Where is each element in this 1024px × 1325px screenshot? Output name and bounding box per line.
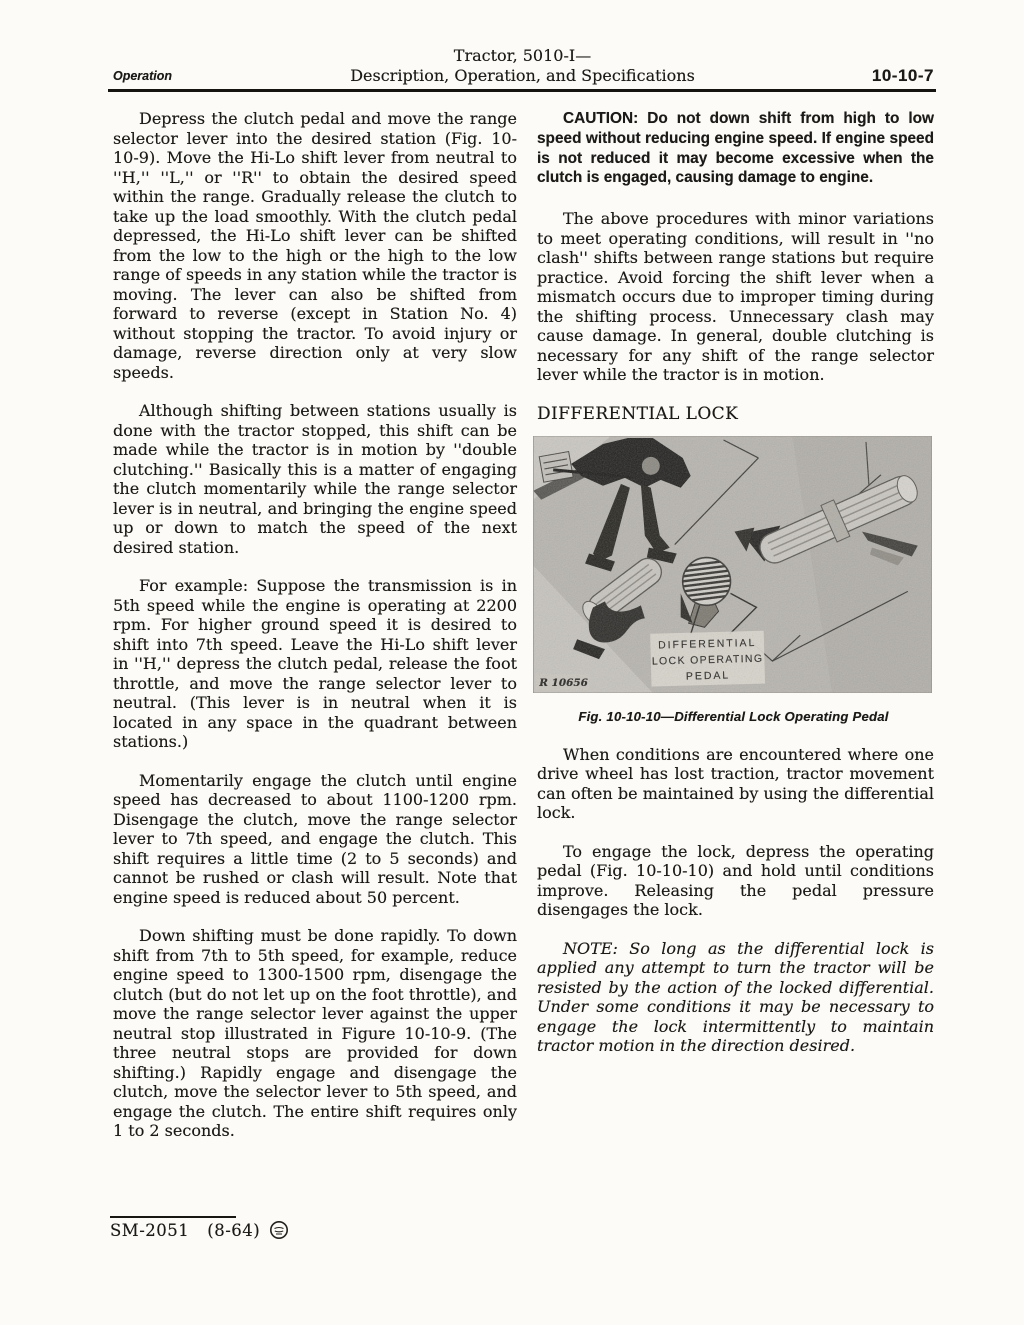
document-code: SM-2051: [110, 1221, 189, 1240]
note-paragraph: NOTE: So long as the differential lock i…: [537, 939, 934, 1056]
figure-caption: Fig. 10-10-10—Differential Lock Operatin…: [533, 709, 934, 724]
header-title: Tractor, 5010-I— Description, Operation,…: [110, 46, 935, 86]
page-footer: SM-2051 (8-64): [110, 1216, 290, 1241]
manual-page: Tractor, 5010-I— Description, Operation,…: [0, 0, 1024, 1325]
paragraph-shifting-procedure: Depress the clutch pedal and move the ra…: [113, 109, 517, 382]
paragraph-conditions: When conditions are encountered where on…: [537, 745, 934, 823]
right-column: CAUTION: Do not down shift from high to …: [537, 109, 934, 1075]
header-rule: [108, 89, 936, 92]
left-column: Depress the clutch pedal and move the ra…: [113, 109, 517, 1160]
differential-lock-photo: DIFFERENTIAL LOCK OPERATING PEDAL R 1065…: [533, 436, 932, 693]
doc-title-line2: Description, Operation, and Specificatio…: [110, 66, 935, 86]
doc-title-line1: Tractor, 5010-I—: [110, 46, 935, 66]
differential-lock-heading: DIFFERENTIAL LOCK: [537, 404, 934, 424]
paragraph-procedures: The above procedures with minor variatio…: [537, 209, 934, 385]
paragraph-engage-lock: To engage the lock, depress the operatin…: [537, 842, 934, 920]
paragraph-double-clutching: Although shifting between stations usual…: [113, 401, 517, 557]
printers-union-bug-icon: [268, 1219, 290, 1241]
revision-date: (8-64): [207, 1221, 260, 1240]
figure-differential-lock: DIFFERENTIAL LOCK OPERATING PEDAL R 1065…: [533, 436, 934, 724]
page-number: 10-10-7: [872, 66, 934, 86]
paragraph-example: For example: Suppose the transmission is…: [113, 576, 517, 752]
caution-paragraph: CAUTION: Do not down shift from high to …: [537, 109, 934, 188]
paragraph-momentary-engage: Momentarily engage the clutch until engi…: [113, 771, 517, 908]
section-label: Operation: [113, 69, 172, 83]
footer-rule: [110, 1216, 236, 1218]
paragraph-down-shifting: Down shifting must be done rapidly. To d…: [113, 926, 517, 1141]
